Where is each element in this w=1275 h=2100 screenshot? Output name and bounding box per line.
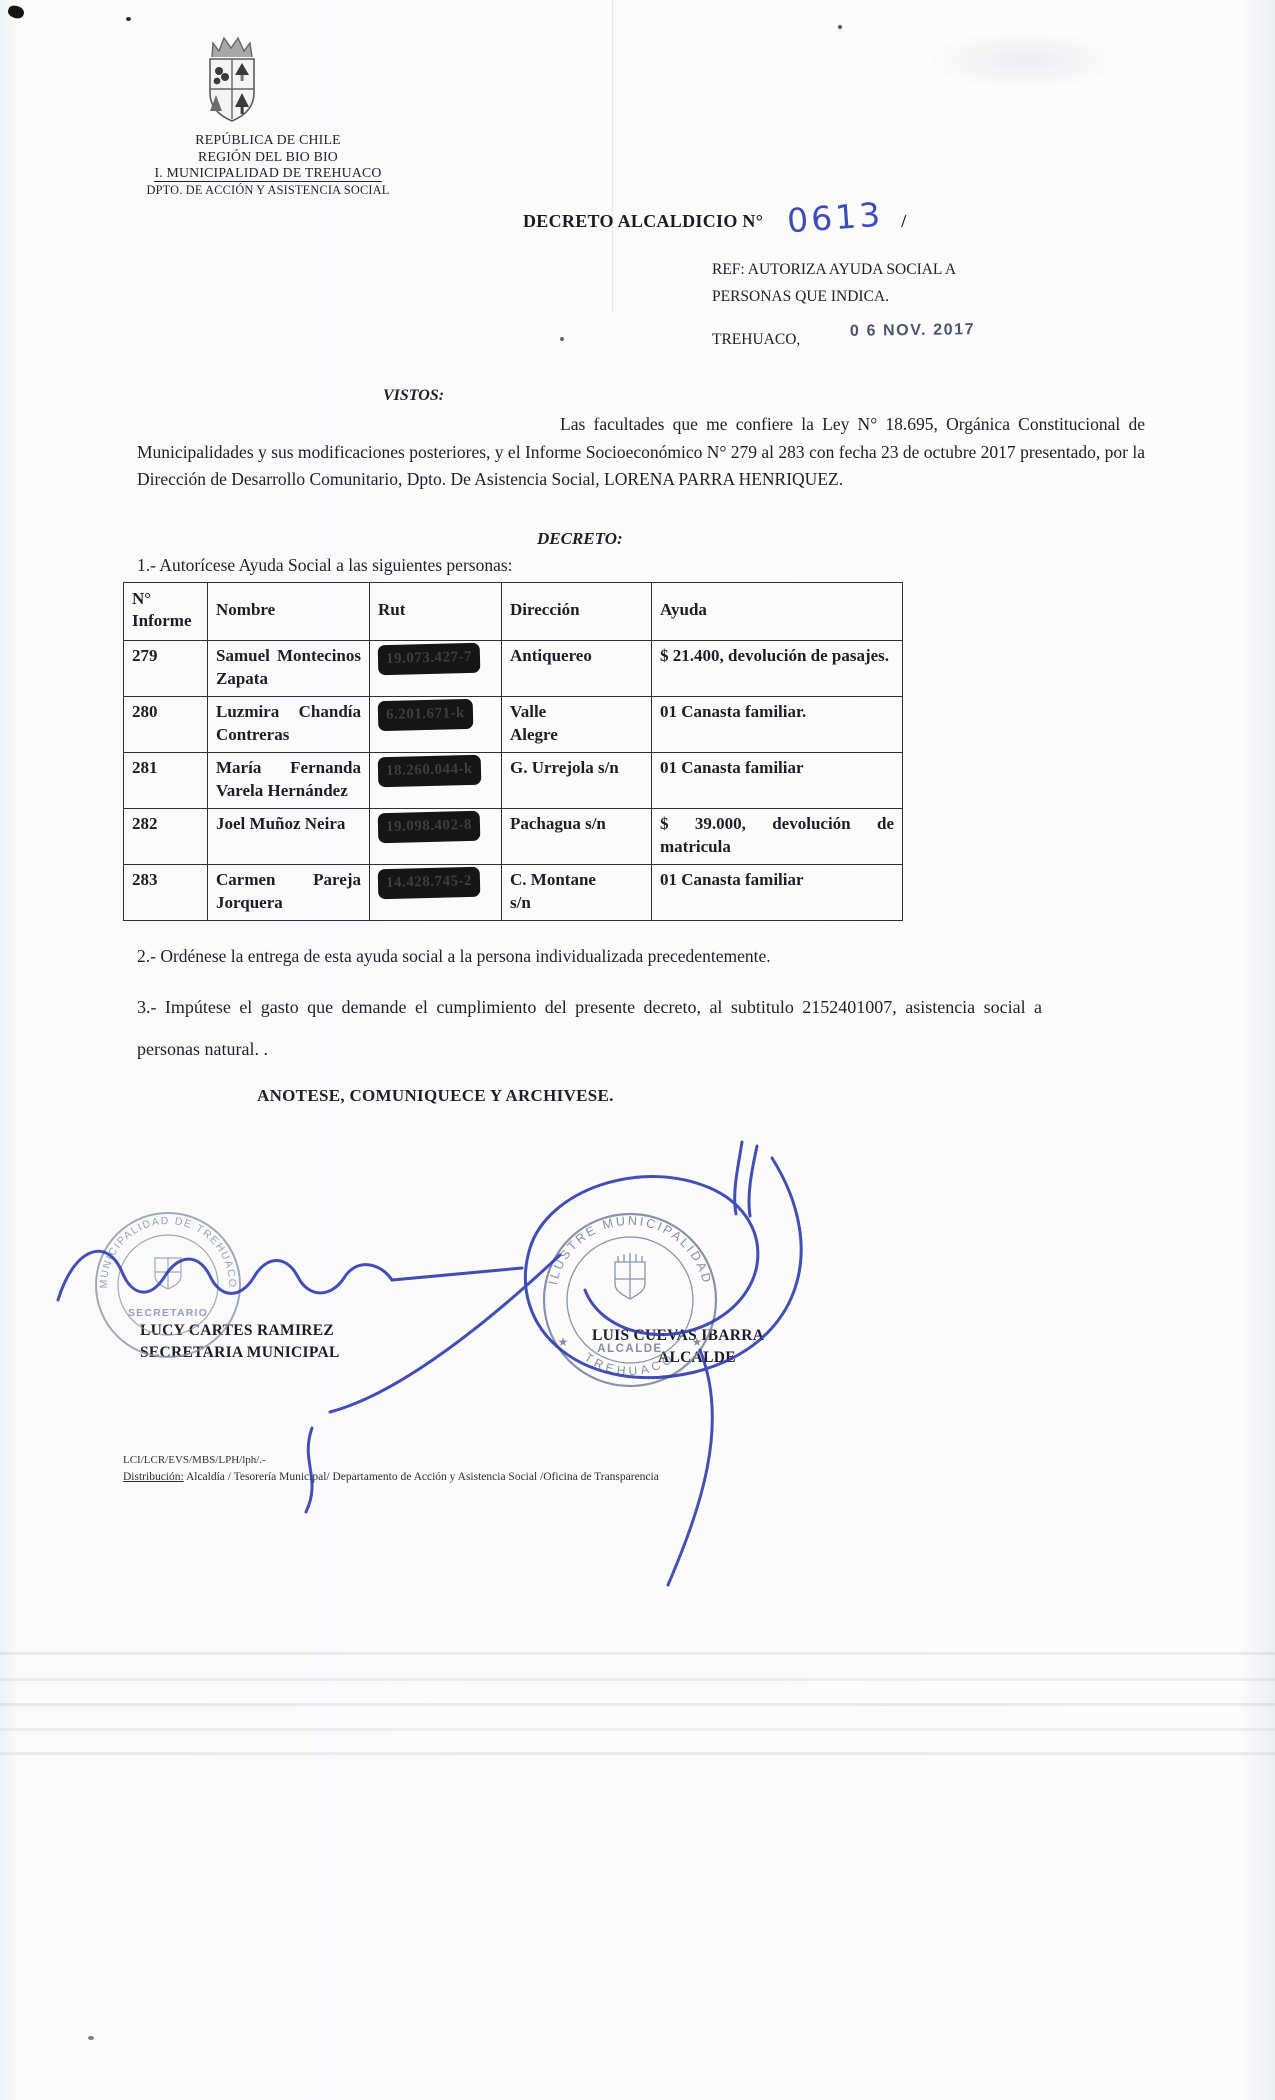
table-row: 279 Samuel Montecinos Zapata 19.073.427-…: [124, 641, 903, 697]
decree-title-label: DECRETO ALCALDICIO N°: [523, 211, 763, 231]
decreto-item-3: 3.- Impútese el gasto que demande el cum…: [137, 986, 1042, 1070]
signature-right-title: ALCALDE: [592, 1347, 802, 1369]
cell-ayuda: $ 21.400, devolución de pasajes.: [652, 641, 903, 697]
cell-nombre: Carmen Pareja Jorquera: [208, 865, 370, 921]
cell-direccion: C. Montane s/n: [502, 865, 652, 921]
signature-right-tail: [668, 1350, 712, 1585]
reference-line-2: PERSONAS QUE INDICA.: [712, 283, 956, 310]
scan-dot: [838, 25, 842, 29]
footer-distribution-text: Alcaldía / Tesorería Municipal/ Departam…: [184, 1471, 659, 1483]
letterhead-line-2: REGIÓN DEL BIO BIO: [92, 149, 444, 166]
letterhead: REPÚBLICA DE CHILE REGIÓN DEL BIO BIO I.…: [92, 132, 444, 198]
scan-speck: [7, 4, 26, 20]
cell-nombre: Samuel Montecinos Zapata: [208, 641, 370, 697]
stamp-star-left: ★: [558, 1335, 569, 1349]
cell-ayuda: $ 39.000, devolución de matricula: [652, 809, 903, 865]
cell-informe: 282: [124, 809, 208, 865]
letterhead-line-4: DPTO. DE ACCIÓN Y ASISTENCIA SOCIAL: [92, 182, 444, 199]
stamp-left-ring-text: MUNICIPALIDAD DE TREHUACO: [98, 1215, 238, 1289]
table-row: 281 María Fernanda Varela Hernández 18.2…: [124, 753, 903, 809]
cell-nombre: Luzmira Chandía Contreras: [208, 697, 370, 753]
cell-nombre: Joel Muñoz Neira: [208, 809, 370, 865]
letterhead-line-1: REPÚBLICA DE CHILE: [92, 132, 444, 149]
cell-ayuda: 01 Canasta familiar: [652, 865, 903, 921]
footer-initials: LCI/LCR/EVS/MBS/LPH/lph/.-: [123, 1454, 266, 1466]
scan-streak: [0, 1678, 1275, 1681]
scan-streak: [0, 1752, 1275, 1755]
stamp-right-top-text: ILUSTRE MUNICIPALIDAD: [546, 1214, 715, 1286]
header-ayuda: Ayuda: [652, 583, 903, 641]
redacted-rut: 19.073.427-7: [378, 643, 481, 675]
cell-informe: 281: [124, 753, 208, 809]
cell-direccion: Valle Alegre: [502, 697, 652, 753]
signature-right-block: LUIS CUEVAS IBARRA ALCALDE: [592, 1325, 802, 1369]
signature-left-block: LUCY CARTES RAMIREZ SECRETARIA MUNICIPAL: [140, 1320, 340, 1364]
signature-left-title: SECRETARIA MUNICIPAL: [140, 1342, 340, 1364]
reference-line-1: REF: AUTORIZA AYUDA SOCIAL A: [712, 256, 956, 283]
letterhead-line-3: I. MUNICIPALIDAD DE TREHUACO: [92, 165, 444, 182]
decreto-item-1: 1.- Autorícese Ayuda Social a las siguie…: [137, 555, 513, 576]
header-rut: Rut: [370, 583, 502, 641]
svg-text:ILUSTRE MUNICIPALIDAD: ILUSTRE MUNICIPALIDAD: [546, 1214, 715, 1286]
stamp-left-center-text: SECRETARIO: [128, 1307, 208, 1319]
redacted-rut: 6.201.671-k: [378, 699, 474, 731]
cell-direccion: Pachagua s/n: [502, 809, 652, 865]
scan-dot: [88, 2036, 94, 2040]
cell-ayuda: 01 Canasta familiar.: [652, 697, 903, 753]
signature-right-tick-1: [735, 1142, 742, 1214]
signature-right-tick-2: [749, 1146, 757, 1216]
closing-line: ANOTESE, COMUNIQUECE Y ARCHIVESE.: [257, 1086, 614, 1106]
footer-distribution: Distribución: Alcaldía / Tesorería Munic…: [123, 1471, 659, 1483]
cell-rut: 14.428.745-2: [370, 865, 502, 921]
scan-streak: [0, 1703, 1275, 1706]
scan-dot: [560, 337, 564, 341]
cell-rut: 6.201.671-k: [370, 697, 502, 753]
vistos-heading: VISTOS:: [383, 387, 444, 405]
decreto-heading: DECRETO:: [537, 529, 623, 549]
footer-distribution-label: Distribución:: [123, 1471, 184, 1483]
reference-block: REF: AUTORIZA AYUDA SOCIAL A PERSONAS QU…: [712, 256, 956, 310]
cell-informe: 279: [124, 641, 208, 697]
cell-direccion: G. Urrejola s/n: [502, 753, 652, 809]
scan-dot: [126, 17, 131, 21]
cell-rut: 19.073.427-7: [370, 641, 502, 697]
signature-right-left-sweep: [330, 1255, 560, 1412]
vistos-body: Las facultades que me confiere la Ley N°…: [137, 411, 1145, 494]
svg-text:MUNICIPALIDAD DE TREHUACO: MUNICIPALIDAD DE TREHUACO: [98, 1215, 238, 1289]
cell-informe: 280: [124, 697, 208, 753]
header-direccion: Dirección: [502, 583, 652, 641]
scan-wash: [890, 18, 1160, 102]
aid-table: N° Informe Nombre Rut Dirección Ayuda 27…: [123, 582, 903, 921]
crease-line: [612, 0, 613, 312]
redacted-rut: 19.098.402-8: [378, 811, 481, 843]
scanned-decree-page: REPÚBLICA DE CHILE REGIÓN DEL BIO BIO I.…: [0, 0, 1275, 2100]
signature-right-name: LUIS CUEVAS IBARRA: [592, 1325, 802, 1347]
header-informe: N° Informe: [124, 583, 208, 641]
scan-streak: [0, 1728, 1275, 1731]
cell-ayuda: 01 Canasta familiar: [652, 753, 903, 809]
table-header-row: N° Informe Nombre Rut Dirección Ayuda: [124, 583, 903, 641]
decree-title: DECRETO ALCALDICIO N° 0613 /: [523, 196, 906, 235]
city-line: TREHUACO,: [712, 331, 800, 349]
cell-rut: 18.260.044-k: [370, 753, 502, 809]
cell-nombre: María Fernanda Varela Hernández: [208, 753, 370, 809]
signature-left-stroke: [58, 1251, 522, 1300]
signature-initials-stroke: [306, 1428, 312, 1512]
signature-left-name: LUCY CARTES RAMIREZ: [140, 1320, 340, 1342]
decree-title-slash: /: [901, 211, 906, 231]
table-row: 283 Carmen Pareja Jorquera 14.428.745-2 …: [124, 865, 903, 921]
redacted-rut: 14.428.745-2: [378, 867, 481, 899]
table-row: 280 Luzmira Chandía Contreras 6.201.671-…: [124, 697, 903, 753]
cell-direccion: Antiquereo: [502, 641, 652, 697]
redacted-rut: 18.260.044-k: [378, 755, 482, 788]
header-nombre: Nombre: [208, 583, 370, 641]
coat-of-arms-icon: [198, 33, 266, 133]
cell-rut: 19.098.402-8: [370, 809, 502, 865]
decreto-item-2: 2.- Ordénese la entrega de esta ayuda so…: [137, 946, 771, 967]
table-row: 282 Joel Muñoz Neira 19.098.402-8 Pachag…: [124, 809, 903, 865]
scan-streak: [0, 1652, 1275, 1655]
date-stamp: 0 6 NOV. 2017: [850, 321, 975, 341]
cell-informe: 283: [124, 865, 208, 921]
decree-number-handwritten: 0613: [786, 195, 884, 241]
